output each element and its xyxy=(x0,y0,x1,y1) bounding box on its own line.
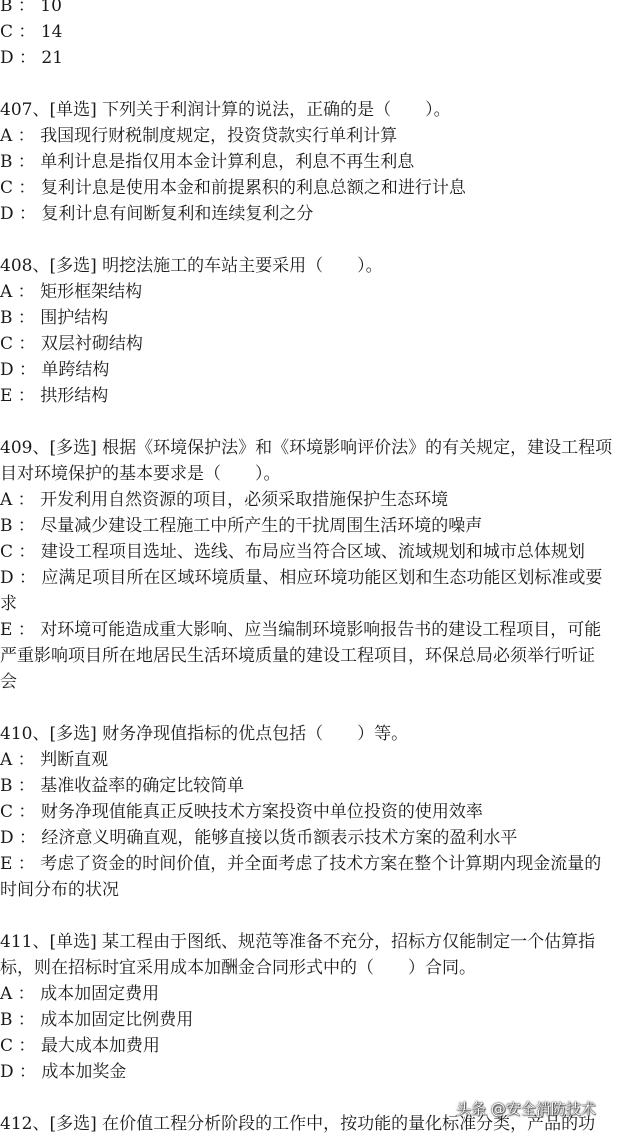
option-c: C ： 复利计息是使用本金和前提累积的利息总额之和进行计息 xyxy=(0,175,617,201)
spacer xyxy=(0,695,617,721)
option-d-line2: 求 xyxy=(0,591,617,617)
option-b: B ： 尽量减少建设工程施工中所产生的干扰周围生活环境的噪声 xyxy=(0,513,617,539)
question-stem-line1: 411、[单选] 某工程由于图纸、规范等准备不充分，招标方仅能制定一个估算指 xyxy=(0,929,617,955)
option-d-line1: D ： 应满足项目所在区域环境质量、相应环境功能区划和生态功能区划标准或要 xyxy=(0,565,617,591)
option-e-line1: E ： 考虑了资金的时间价值，并全面考虑了技术方案在整个计算期内现金流量的 xyxy=(0,851,617,877)
question-stem-line2: 目对环境保护的基本要求是（ ）。 xyxy=(0,461,617,487)
question-stem: 408、[多选] 明挖法施工的车站主要采用（ ）。 xyxy=(0,253,617,279)
option-b: B ： 围护结构 xyxy=(0,305,617,331)
option-b-prev: B ： 10 xyxy=(0,0,617,19)
question-411: 411、[单选] 某工程由于图纸、规范等准备不充分，招标方仅能制定一个估算指 标… xyxy=(0,929,617,1085)
option-a: A ： 开发利用自然资源的项目，必须采取措施保护生态环境 xyxy=(0,487,617,513)
question-407: 407、[单选] 下列关于利润计算的说法，正确的是（ ）。 A ： 我国现行财税… xyxy=(0,97,617,227)
option-a: A ： 矩形框架结构 xyxy=(0,279,617,305)
option-c: C ： 最大成本加费用 xyxy=(0,1033,617,1059)
question-stem: 410、[多选] 财务净现值指标的优点包括（ ）等。 xyxy=(0,721,617,747)
option-a: A ： 我国现行财税制度规定，投资贷款实行单利计算 xyxy=(0,123,617,149)
option-d: D ： 单跨结构 xyxy=(0,357,617,383)
spacer xyxy=(0,409,617,435)
option-d: D ： 成本加奖金 xyxy=(0,1059,617,1085)
question-410: 410、[多选] 财务净现值指标的优点包括（ ）等。 A ： 判断直观 B ： … xyxy=(0,721,617,903)
option-e: E ： 拱形结构 xyxy=(0,383,617,409)
question-stem-line1: 409、[多选] 根据《环境保护法》和《环境影响评价法》的有关规定，建设工程项 xyxy=(0,435,617,461)
question-409: 409、[多选] 根据《环境保护法》和《环境影响评价法》的有关规定，建设工程项 … xyxy=(0,435,617,695)
option-c: C ： 财务净现值能真正反映技术方案投资中单位投资的使用效率 xyxy=(0,799,617,825)
option-e-line2: 严重影响项目所在地居民生活环境质量的建设工程项目，环保总局必须举行听证 xyxy=(0,643,617,669)
option-b: B ： 基准收益率的确定比较简单 xyxy=(0,773,617,799)
option-b: B ： 成本加固定比例费用 xyxy=(0,1007,617,1033)
option-d-prev: D ： 21 xyxy=(0,45,617,71)
question-408: 408、[多选] 明挖法施工的车站主要采用（ ）。 A ： 矩形框架结构 B ：… xyxy=(0,253,617,409)
option-a: A ： 成本加固定费用 xyxy=(0,981,617,1007)
watermark: 头条 @安全消防技术 xyxy=(456,1098,596,1119)
spacer xyxy=(0,71,617,97)
option-b: B ： 单利计息是指仅用本金计算利息，利息不再生利息 xyxy=(0,149,617,175)
option-e-line1: E ： 对环境可能造成重大影响、应当编制环境影响报告书的建设工程项目，可能 xyxy=(0,617,617,643)
option-c: C ： 建设工程项目选址、选线、布局应当符合区域、流域规划和城市总体规划 xyxy=(0,539,617,565)
exam-document: B ： 10 C ： 14 D ： 21 407、[单选] 下列关于利润计算的说… xyxy=(0,0,617,1133)
option-d: D ： 经济意义明确直观，能够直接以货币额表示技术方案的盈利水平 xyxy=(0,825,617,851)
option-c-prev: C ： 14 xyxy=(0,19,617,45)
option-c: C ： 双层衬砌结构 xyxy=(0,331,617,357)
spacer xyxy=(0,227,617,253)
option-d: D ： 复利计息有间断复利和连续复利之分 xyxy=(0,201,617,227)
spacer xyxy=(0,903,617,929)
option-e-line2: 时间分布的状况 xyxy=(0,877,617,903)
question-stem-line2: 标，则在招标时宜采用成本加酬金合同形式中的（ ）合同。 xyxy=(0,955,617,981)
option-e-line3: 会 xyxy=(0,669,617,695)
question-stem: 407、[单选] 下列关于利润计算的说法，正确的是（ ）。 xyxy=(0,97,617,123)
option-a: A ： 判断直观 xyxy=(0,747,617,773)
